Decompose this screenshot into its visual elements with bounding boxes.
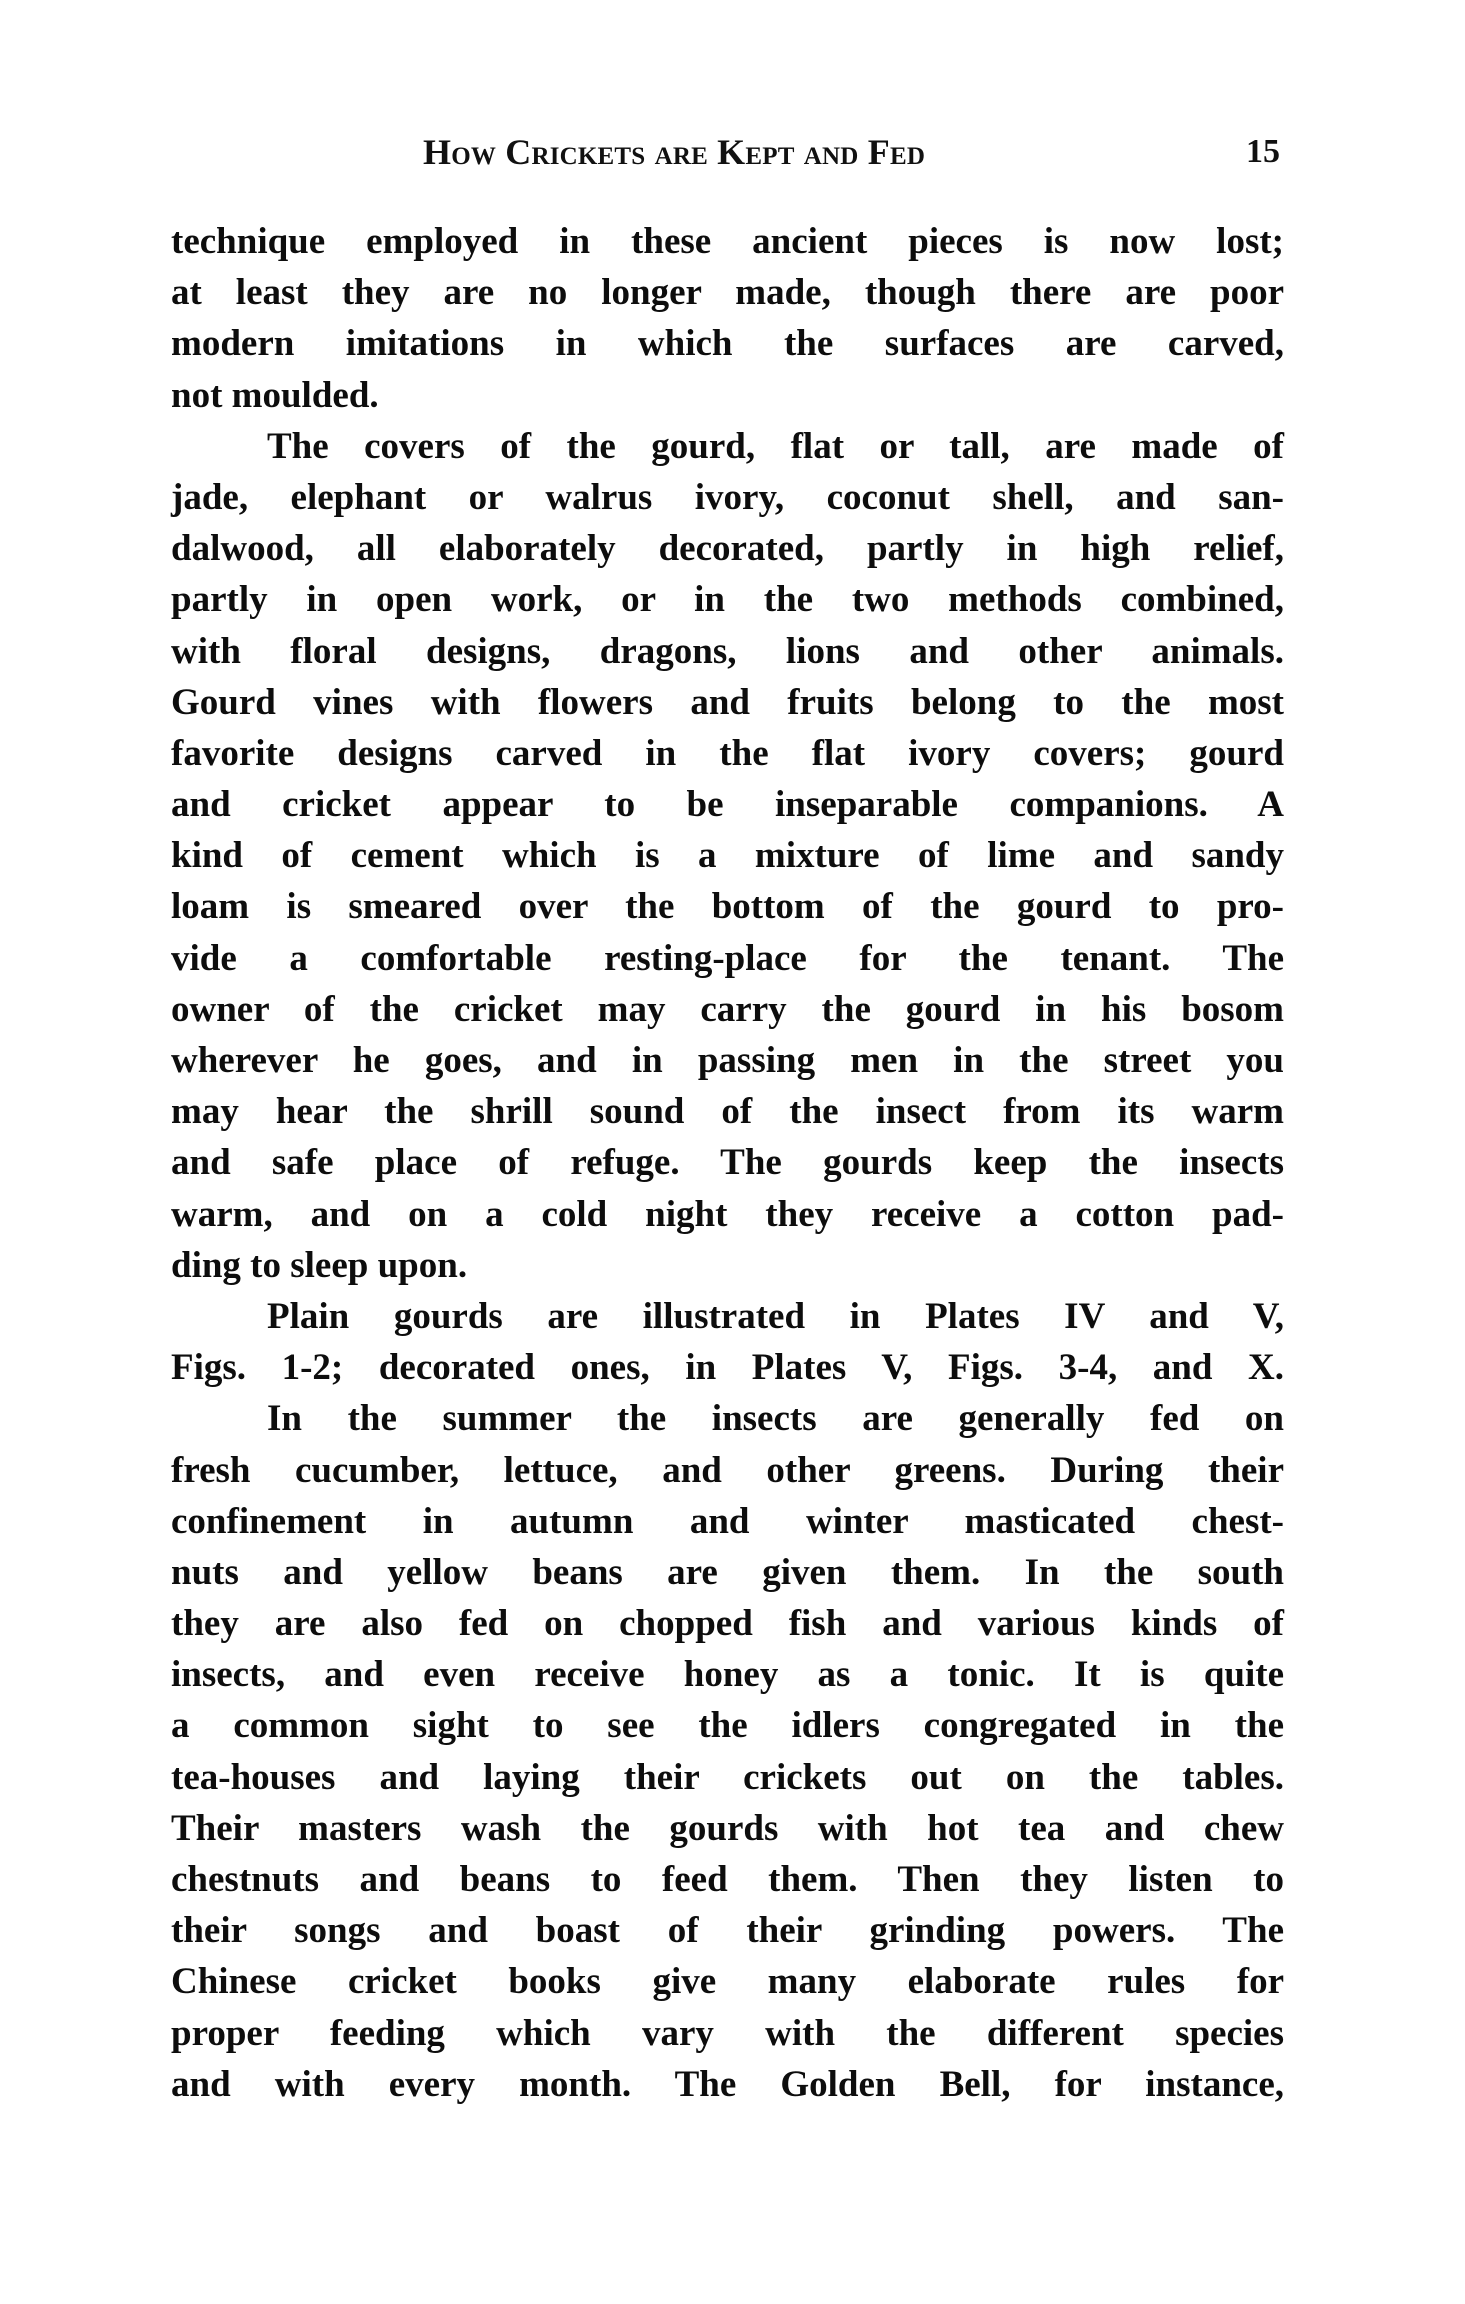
text-line: favorite designs carved in the flat ivor… xyxy=(171,728,1284,779)
text-line: vide a comfortable resting-place for the… xyxy=(171,933,1284,984)
text-line: Their masters wash the gourds with hot t… xyxy=(171,1803,1284,1854)
text-line: not moulded. xyxy=(171,370,1284,421)
text-line: dalwood, all elaborately decorated, part… xyxy=(171,523,1284,574)
text-line: ding to sleep upon. xyxy=(171,1240,1284,1291)
text-line: and cricket appear to be inseparable com… xyxy=(171,779,1284,830)
text-line: owner of the cricket may carry the gourd… xyxy=(171,984,1284,1035)
text-line: wherever he goes, and in passing men in … xyxy=(171,1035,1284,1086)
body-text: technique employed in these ancient piec… xyxy=(171,216,1284,2110)
text-line: a common sight to see the idlers congreg… xyxy=(171,1700,1284,1751)
text-line: Plain gourds are illustrated in Plates I… xyxy=(171,1291,1284,1342)
text-line: Gourd vines with flowers and fruits belo… xyxy=(171,677,1284,728)
running-head-title: How Crickets are Kept and Fed xyxy=(423,132,925,172)
text-line: The covers of the gourd, flat or tall, a… xyxy=(171,421,1284,472)
text-line: insects, and even receive honey as a ton… xyxy=(171,1649,1284,1700)
text-line: Chinese cricket books give many elaborat… xyxy=(171,1956,1284,2007)
text-line: confinement in autumn and winter mastica… xyxy=(171,1496,1284,1547)
text-line: warm, and on a cold night they receive a… xyxy=(171,1189,1284,1240)
text-line: at least they are no longer made, though… xyxy=(171,267,1284,318)
page-number: 15 xyxy=(1246,132,1280,172)
text-line: with floral designs, dragons, lions and … xyxy=(171,626,1284,677)
text-line: may hear the shrill sound of the insect … xyxy=(171,1086,1284,1137)
text-line: proper feeding which vary with the diffe… xyxy=(171,2008,1284,2059)
text-line: and safe place of refuge. The gourds kee… xyxy=(171,1137,1284,1188)
text-line: loam is smeared over the bottom of the g… xyxy=(171,881,1284,932)
text-line: tea-houses and laying their crickets out… xyxy=(171,1752,1284,1803)
text-line: nuts and yellow beans are given them. In… xyxy=(171,1547,1284,1598)
text-line: In the summer the insects are generally … xyxy=(171,1393,1284,1444)
text-line: modern imitations in which the surfaces … xyxy=(171,318,1284,369)
running-head: How Crickets are Kept and Fed 15 xyxy=(171,132,1284,172)
text-line: they are also fed on chopped fish and va… xyxy=(171,1598,1284,1649)
text-line: chestnuts and beans to feed them. Then t… xyxy=(171,1854,1284,1905)
text-line: partly in open work, or in the two metho… xyxy=(171,574,1284,625)
text-line: technique employed in these ancient piec… xyxy=(171,216,1284,267)
text-line: and with every month. The Golden Bell, f… xyxy=(171,2059,1284,2110)
text-line: Figs. 1-2; decorated ones, in Plates V, … xyxy=(171,1342,1284,1393)
text-line: their songs and boast of their grinding … xyxy=(171,1905,1284,1956)
text-line: kind of cement which is a mixture of lim… xyxy=(171,830,1284,881)
book-page: How Crickets are Kept and Fed 15 techniq… xyxy=(0,0,1465,2304)
text-line: jade, elephant or walrus ivory, coconut … xyxy=(171,472,1284,523)
text-line: fresh cucumber, lettuce, and other green… xyxy=(171,1445,1284,1496)
